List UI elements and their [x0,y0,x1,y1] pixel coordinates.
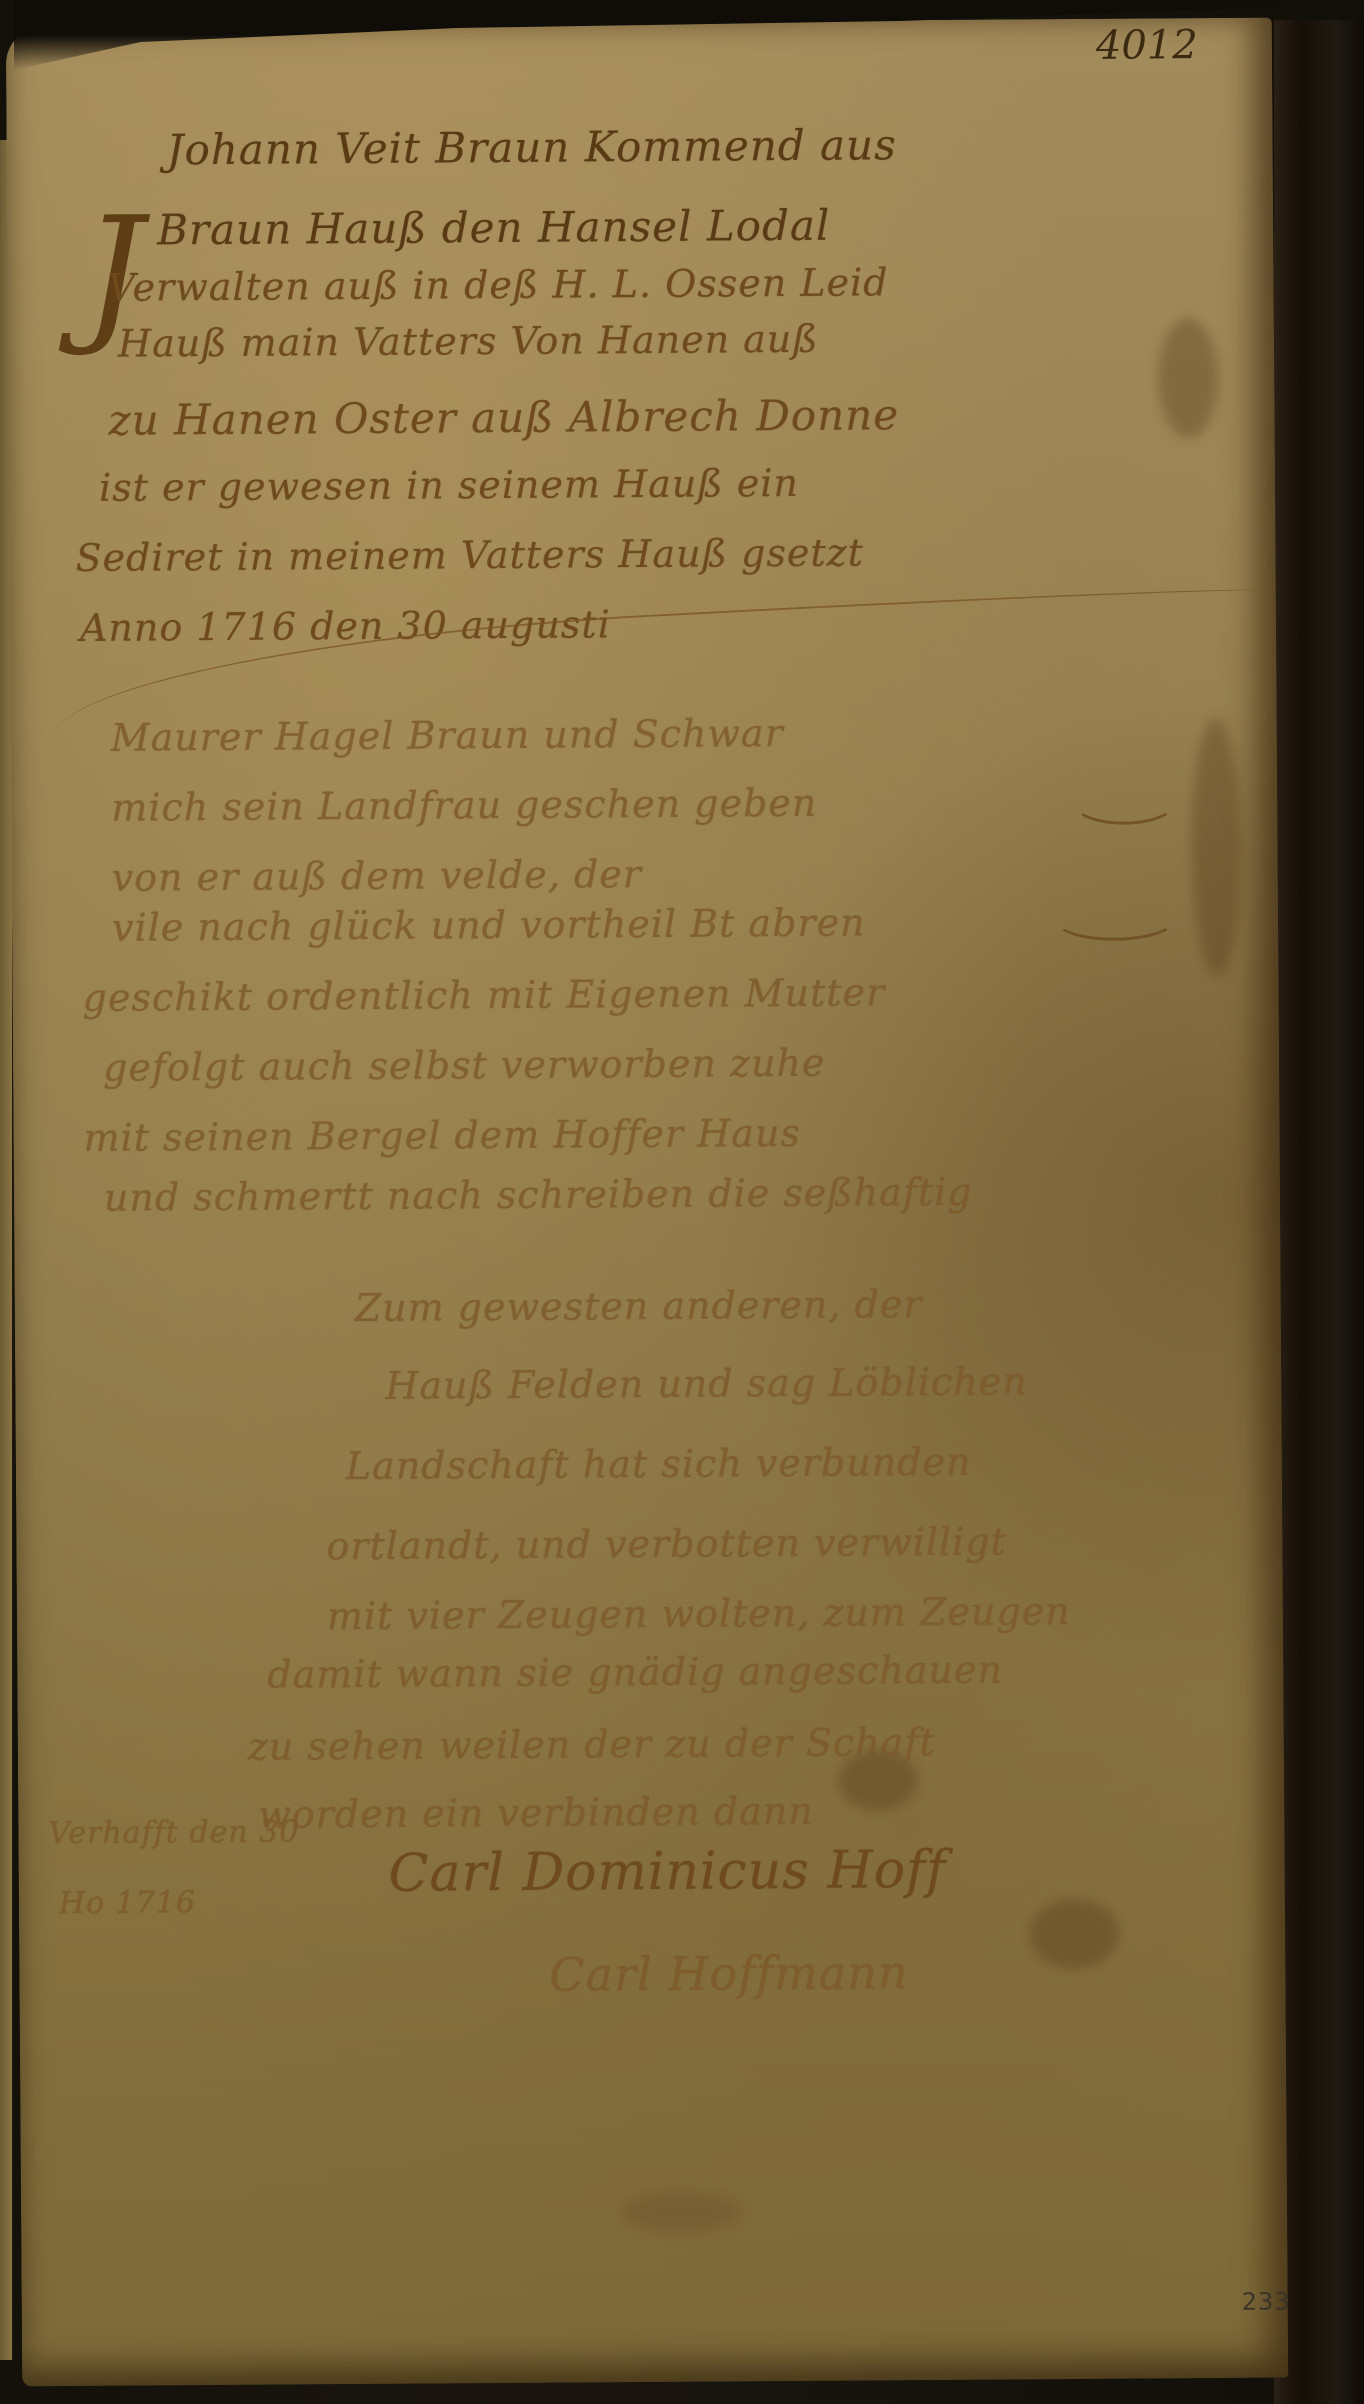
paper-stain [1158,318,1219,438]
entry2-line-1: Maurer Hagel Braun und Schwar [111,711,784,760]
margin-note-line-2: Ho 1716 [59,1885,196,1921]
entry2-line-13: mit vier Zeugen wolten, zum Zeugen [327,1589,1071,1638]
entry1-line-2: Braun Hauß den Hansel Lodal [157,201,830,255]
entry2-line-15: zu sehen weilen der zu der Schaft [248,1720,936,1769]
signature-2: Carl Hoffmann [549,1945,908,2002]
entry2-line-6: gefolgt auch selbst verworben zuhe [103,1041,826,1090]
folio-number: 4012 [1096,22,1198,69]
entry2-line-8: und schmertt nach schreiben die seßhafti… [104,1170,973,1220]
entry2-line-5: geschikt ordentlich mit Eigenen Mutter [82,970,885,1020]
entry1-line-1: Johann Veit Braun Kommend aus [166,120,896,174]
entry2-line-14: damit wann sie gnädig angeschauen [267,1648,1003,1697]
entry2-line-3: von er auß dem velde, der [112,852,643,900]
manuscript-page: 4012 J Johann Veit Braun Kommend aus Bra… [6,18,1288,2387]
entry2-line-7: mit seinen Bergel dem Hoffer Haus [83,1111,801,1160]
paper-stain [1191,718,1243,978]
manuscript-scan: 4012 J Johann Veit Braun Kommend aus Bra… [0,0,1364,2404]
entry1-line-7: Sediret in meinem Vatters Hauß gsetzt [75,530,864,580]
paper-stain [1029,1899,1119,1970]
entry2-line-2: mich sein Landfrau geschen geben [111,781,817,830]
entry1-line-3: Verwalten auß in deß H. L. Ossen Leid [107,260,888,309]
entry1-line-5: zu Hanen Oster auß Albrech Donne [108,390,899,445]
entry1-line-4: Hauß main Vatters Von Hanen auß [118,317,819,366]
paper-stain [621,2191,741,2232]
entry2-line-16: worden ein verbinden dann [258,1789,814,1837]
entry2-line-12: ortlandt, und verbotten verwilligt [326,1519,1007,1568]
book-binding [1274,20,1364,2404]
margin-note-line-1: Verhafft den 30 [48,1814,299,1851]
signature-1: Carl Dominicus Hoff [388,1840,946,1904]
entry2-line-11: Landschaft hat sich verbunden [346,1440,972,1488]
entry2-line-4: vile nach glück und vortheil Bt abren [112,900,866,949]
line-flourish [1052,894,1178,941]
entry1-line-6: ist er gewesen in seinem Hauß ein [99,461,799,510]
line-flourish [1071,778,1177,825]
pencil-page-number: 233 [1242,2288,1291,2316]
entry2-line-9: Zum gewesten anderen, der [355,1282,923,1330]
entry2-line-10: Hauß Felden und sag Löblichen [385,1359,1028,1407]
